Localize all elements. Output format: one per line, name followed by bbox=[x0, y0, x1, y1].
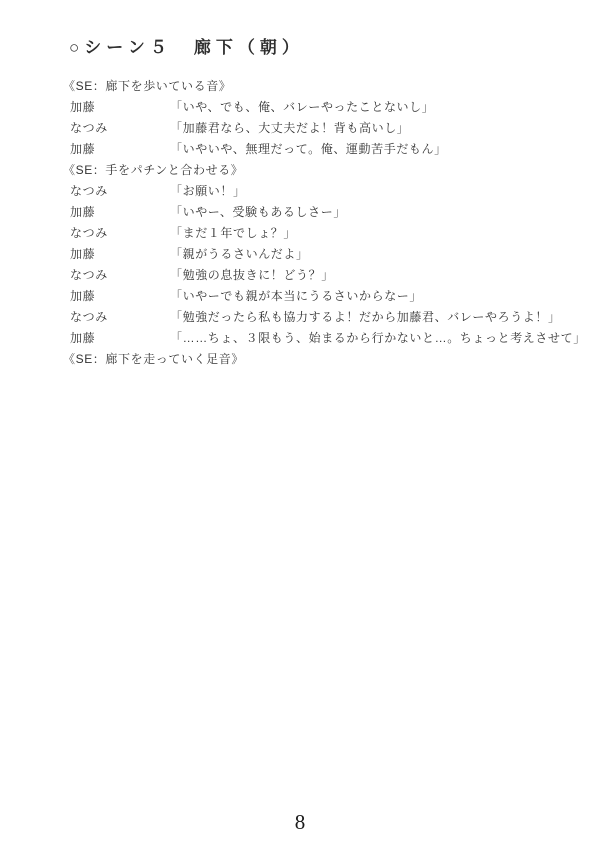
dialogue-text: 「加藤君なら、大丈夫だよ！背も高いし」 bbox=[170, 118, 409, 139]
dialogue-text: 「いやーでも親が本当にうるさいからなー」 bbox=[170, 286, 422, 307]
speaker-name: なつみ bbox=[70, 118, 170, 139]
se-line: 《SE：廊下を歩いている音》 bbox=[63, 76, 590, 97]
speaker-name: なつみ bbox=[70, 223, 170, 244]
dialogue-text: 「勉強の息抜きに！どう？」 bbox=[170, 265, 334, 286]
page-number: 8 bbox=[0, 810, 600, 835]
dialogue-line: なつみ 「加藤君なら、大丈夫だよ！背も高いし」 bbox=[70, 118, 590, 139]
dialogue-line: 加藤 「いやー、受験もあるしさー」 bbox=[70, 202, 590, 223]
dialogue-line: 加藤 「……ちょ、３限もう、始まるから行かないと…。ちょっと考えさせて」 bbox=[70, 328, 590, 349]
se-line: 《SE：手をパチンと合わせる》 bbox=[63, 160, 590, 181]
speaker-name: 加藤 bbox=[70, 97, 170, 118]
dialogue-text: 「いやー、受験もあるしさー」 bbox=[170, 202, 346, 223]
dialogue-text: 「いやいや、無理だって。俺、運動苦手だもん」 bbox=[170, 139, 447, 160]
speaker-name: なつみ bbox=[70, 265, 170, 286]
dialogue-line: なつみ 「勉強の息抜きに！どう？」 bbox=[70, 265, 590, 286]
script-body: 《SE：廊下を歩いている音》 加藤 「いや、でも、俺、バレーやったことないし」 … bbox=[70, 76, 590, 370]
se-text: 《SE：廊下を歩いている音》 bbox=[63, 76, 231, 97]
speaker-name: 加藤 bbox=[70, 202, 170, 223]
dialogue-line: なつみ 「勉強だったら私も協力するよ！だから加藤君、バレーやろうよ！」 bbox=[70, 307, 590, 328]
dialogue-text: 「……ちょ、３限もう、始まるから行かないと…。ちょっと考えさせて」 bbox=[170, 328, 586, 349]
speaker-name: なつみ bbox=[70, 181, 170, 202]
speaker-name: 加藤 bbox=[70, 328, 170, 349]
script-page: ○シーン５ 廊下（朝） 《SE：廊下を歩いている音》 加藤 「いや、でも、俺、バ… bbox=[0, 0, 600, 849]
speaker-name: 加藤 bbox=[70, 244, 170, 265]
se-text: 《SE：手をパチンと合わせる》 bbox=[63, 160, 243, 181]
se-line: 《SE：廊下を走っていく足音》 bbox=[63, 349, 590, 370]
dialogue-text: 「親がうるさいんだよ」 bbox=[170, 244, 309, 265]
scene-title: ○シーン５ 廊下（朝） bbox=[69, 33, 304, 58]
dialogue-line: 加藤 「親がうるさいんだよ」 bbox=[70, 244, 590, 265]
dialogue-text: 「勉強だったら私も協力するよ！だから加藤君、バレーやろうよ！」 bbox=[170, 307, 561, 328]
dialogue-text: 「お願い！」 bbox=[170, 181, 246, 202]
dialogue-line: なつみ 「まだ１年でしょ？」 bbox=[70, 223, 590, 244]
se-text: 《SE：廊下を走っていく足音》 bbox=[63, 349, 244, 370]
speaker-name: 加藤 bbox=[70, 286, 170, 307]
speaker-name: 加藤 bbox=[70, 139, 170, 160]
dialogue-text: 「まだ１年でしょ？」 bbox=[170, 223, 296, 244]
dialogue-line: 加藤 「いや、でも、俺、バレーやったことないし」 bbox=[70, 97, 590, 118]
dialogue-line: なつみ 「お願い！」 bbox=[70, 181, 590, 202]
dialogue-text: 「いや、でも、俺、バレーやったことないし」 bbox=[170, 97, 434, 118]
dialogue-line: 加藤 「いやいや、無理だって。俺、運動苦手だもん」 bbox=[70, 139, 590, 160]
speaker-name: なつみ bbox=[70, 307, 170, 328]
dialogue-line: 加藤 「いやーでも親が本当にうるさいからなー」 bbox=[70, 286, 590, 307]
